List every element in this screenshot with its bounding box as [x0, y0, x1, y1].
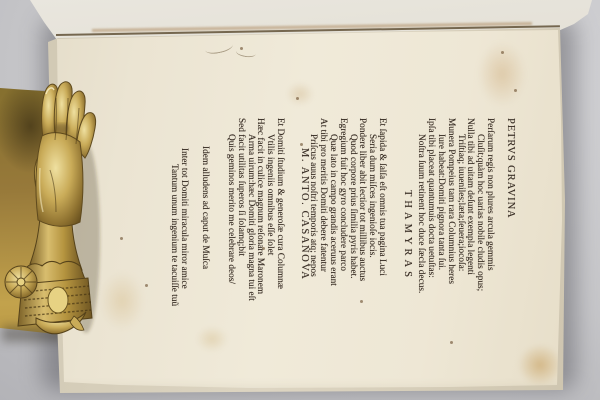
heading-thamyras: THAMYRAS	[402, 190, 413, 281]
poem-line: Seria dum miſces ingenioſe iocis.	[366, 118, 376, 286]
poem-line: Ipſa tibi placeat quantumuis docta uetuſ…	[425, 118, 435, 293]
poem-line: Et ſapida & ſalſa eſt omnis tua pagina L…	[376, 118, 386, 286]
poem-line: Inter tot Domiti miracula miror amice	[178, 148, 188, 306]
poem-line: Quod corpore prius ſimilia pyris habet.	[347, 118, 357, 286]
poem-line: Vtilis ingeniis omnibus eſſe ſolet	[264, 118, 274, 301]
heading-casanova: M. ANTO. CASANOVA	[299, 148, 310, 280]
poem-line: Nulla tibi ad uitam deſunt exempla legen…	[465, 118, 475, 293]
poem-line: Noſtra ſuum retinent hoc duce ſæcla decu…	[416, 118, 426, 293]
poem-line: At tibi pro meritis Domiti debere fatent…	[317, 118, 327, 286]
poem-line: Pondere liber abit lectior tot millibus …	[357, 118, 367, 286]
subheading-musca: Idem alludens ad caput de Muſca	[200, 146, 210, 269]
poem-line: Cluſit;quàm hoc uarias nobile cludis opu…	[474, 118, 484, 293]
poem-line: Munera Pompeius tam rara Columnius heres	[445, 118, 455, 293]
poem-line: Quæ lato in campo grandis aceruus erant	[327, 118, 337, 286]
page-title: PETRVS GRAVINA	[505, 118, 516, 219]
poem-line: Sed facit utilitas ſuperos ſi ſolamq;bit	[235, 118, 245, 301]
poem-line: Iure habeat:Domiti pignora tanta ſui.	[435, 118, 445, 293]
poem-line: Quis geminos merito me celebrare deos/	[225, 118, 235, 301]
brass-hand-clasp	[0, 78, 118, 340]
printed-text-rotated: PETRVS GRAVINA Perſarum regis non plures…	[52, 28, 562, 388]
poem-casanova: Et Domiti ſtudium & generoſæ cura Column…	[225, 118, 284, 301]
poem-line: Triſtiaq; iuueniles;læta;ſeuera;iocoſa:	[455, 118, 465, 293]
photo-of-antique-book: PETRVS GRAVINA Perſarum regis non plures…	[0, 0, 600, 400]
poem-musca: Inter tot Domiti miracula miror amice Ta…	[168, 148, 188, 306]
poem-line: Tantum unum ingenium te tacuiſſe tuũ	[168, 148, 178, 306]
poem-thamyras: Et ſapida & ſalſa eſt omnis tua pagina L…	[308, 118, 386, 286]
poem-line: Perſarum regis non plures arcula gemmis	[484, 118, 494, 293]
poem-line: Hæc facit in culice magnum reſonare Maro…	[255, 118, 265, 301]
poem-line: Arma uirum:hæc Domiti gloria magna tui e…	[245, 118, 255, 301]
poem-gravina: Perſarum regis non plures arcula gemmis …	[416, 118, 494, 293]
poem-line: Et Domiti ſtudium & generoſæ cura Column…	[274, 118, 284, 301]
poem-line: Egregium fuit hoc gyro concludere parco	[337, 118, 347, 286]
